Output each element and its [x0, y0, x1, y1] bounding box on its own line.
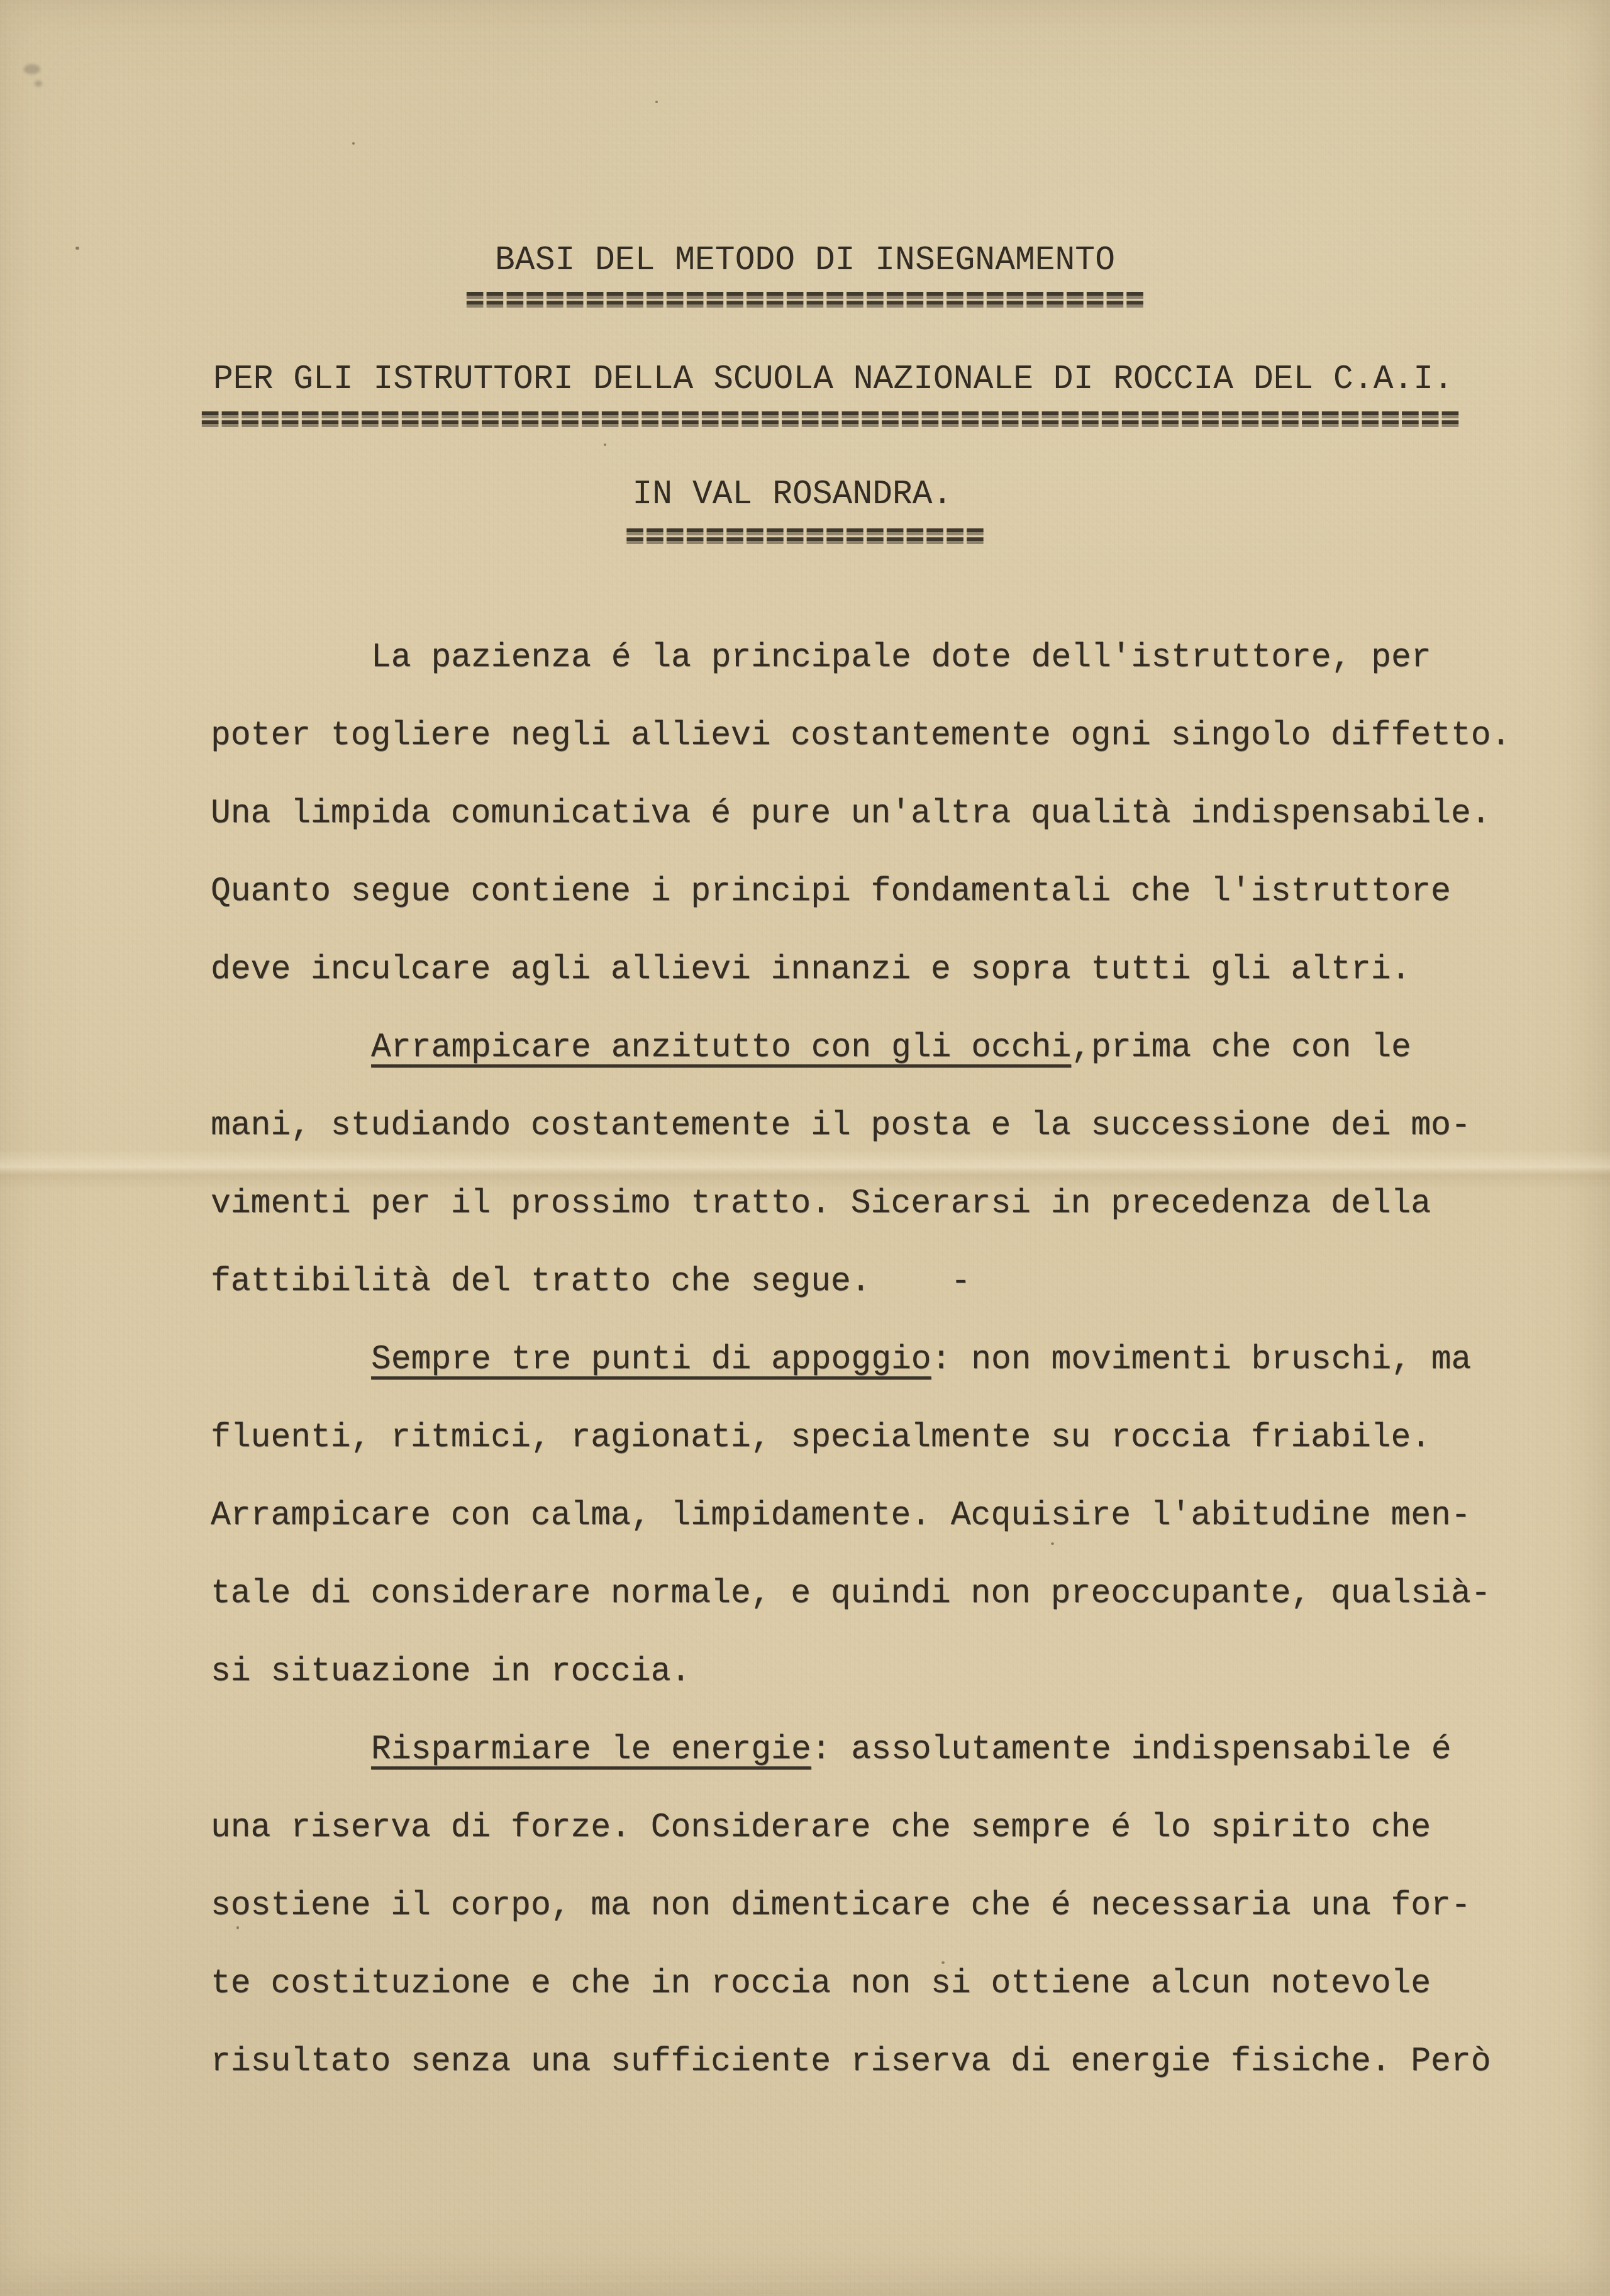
- underlined-phrase: Risparmiare le energie: [371, 1730, 811, 1768]
- text-line: poter togliere negli allievi costantemen…: [211, 696, 1535, 774]
- text-line: Arrampicare con calma, limpidamente. Acq…: [211, 1476, 1535, 1554]
- paper-smudge: [24, 64, 40, 74]
- text-line: te costituzione e che in roccia non si o…: [211, 1944, 1535, 2022]
- document-body: La pazienza é la principale dote dell'is…: [211, 618, 1535, 2100]
- text-line: La pazienza é la principale dote dell'is…: [211, 618, 1535, 696]
- paper-speck: [604, 443, 606, 446]
- paper-speck: [352, 142, 355, 145]
- text-line: una riserva di forze. Considerare che se…: [211, 1788, 1535, 1866]
- title-rule-1: ==================================: [0, 284, 1610, 318]
- title-rule-3: ==================: [0, 521, 1610, 554]
- paper-smudge: [35, 81, 42, 87]
- text-line: Risparmiare le energie: assolutamente in…: [211, 1710, 1535, 1788]
- underlined-phrase: Arrampicare anzitutto con gli occhi: [371, 1028, 1071, 1066]
- text-line: Quanto segue contiene i principi fondame…: [211, 852, 1535, 930]
- text-line: tale di considerare normale, e quindi no…: [211, 1554, 1535, 1632]
- title-line-2: PER GLI ISTRUTTORI DELLA SCUOLA NAZIONAL…: [28, 363, 1610, 396]
- text-line: fattibilità del tratto che segue. -: [211, 1242, 1535, 1320]
- text-line: si situazione in roccia.: [211, 1632, 1535, 1710]
- title-rule-2: ========================================…: [25, 404, 1610, 437]
- text-line: risultato senza una sufficiente riserva …: [211, 2022, 1535, 2100]
- underlined-phrase: Sempre tre punti di appoggio: [371, 1340, 931, 1378]
- text-line: fluenti, ritmici, ragionati, specialment…: [211, 1398, 1535, 1476]
- text-line: vimenti per il prossimo tratto. Sicerars…: [211, 1164, 1535, 1242]
- title-line-3: IN VAL ROSANDRA.: [0, 478, 1597, 511]
- text-line: Sempre tre punti di appoggio: non movime…: [211, 1320, 1535, 1398]
- text-line: sostiene il corpo, ma non dimenticare ch…: [211, 1866, 1535, 1944]
- text-line: mani, studiando costantemente il posta e…: [211, 1086, 1535, 1164]
- title-line-1: BASI DEL METODO DI INSEGNAMENTO: [0, 244, 1610, 277]
- text-line: Una limpida comunicativa é pure un'altra…: [211, 774, 1535, 852]
- text-line: deve inculcare agli allievi innanzi e so…: [211, 930, 1535, 1008]
- document-page: BASI DEL METODO DI INSEGNAMENTO ========…: [0, 0, 1610, 2296]
- paper-speck: [655, 101, 658, 103]
- text-line: Arrampicare anzitutto con gli occhi,prim…: [211, 1008, 1535, 1086]
